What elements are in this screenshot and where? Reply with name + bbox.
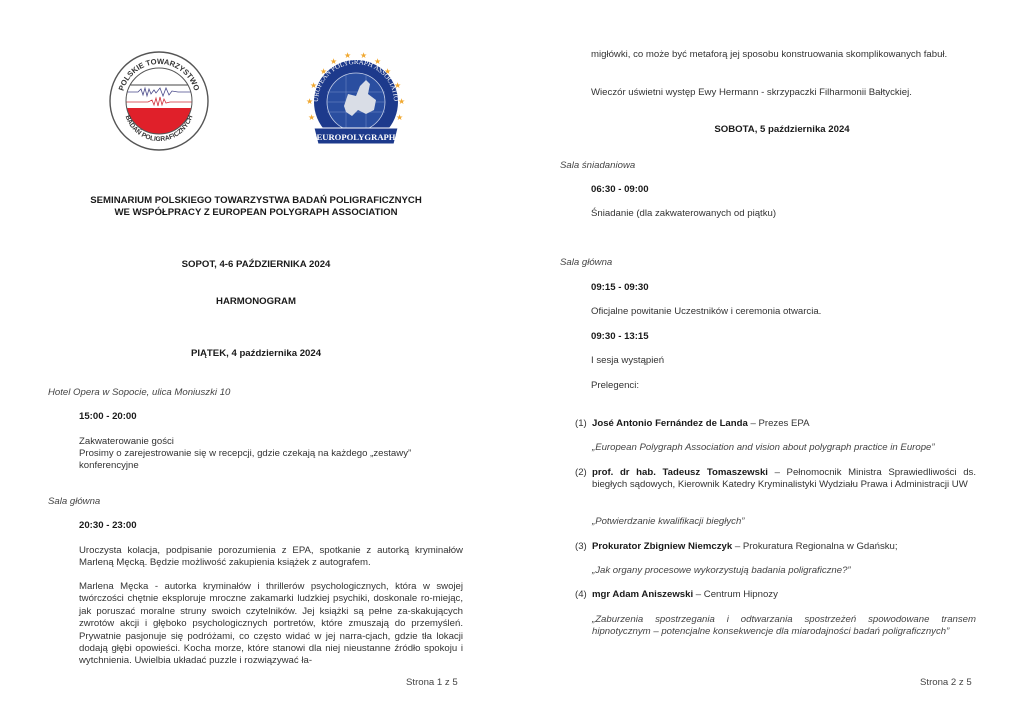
slot-desc-line: konferencyjne bbox=[79, 460, 139, 472]
page-number: Strona 2 z 5 bbox=[920, 677, 972, 688]
venue-breakfast-room: Sala śniadaniowa bbox=[560, 160, 635, 172]
slot-time: 09:30 - 13:15 bbox=[591, 331, 649, 343]
ptbp-logo-icon: POLSKIE TOWARZYSTWO BADAŃ POLIGRAFICZNYC… bbox=[108, 50, 210, 152]
speaker-number: (2) bbox=[575, 467, 587, 479]
venue-hotel: Hotel Opera w Sopocie, ulica Moniuszki 1… bbox=[48, 387, 230, 399]
speakers-label: Prelegenci: bbox=[591, 380, 639, 392]
place-date: SOPOT, 4-6 PAŹDZIERNIKA 2024 bbox=[0, 259, 512, 271]
speaker-role: – Prezes EPA bbox=[748, 418, 810, 429]
dinner-paragraph: Uroczysta kolacja, podpisanie porozumien… bbox=[79, 545, 463, 570]
talk-title: „Zaburzenia spostrzegania i odtwarzania … bbox=[592, 614, 976, 639]
speaker-item: (2) prof. dr hab. Tadeusz Tomaszewski – … bbox=[575, 467, 976, 492]
speaker-number: (3) bbox=[575, 541, 587, 553]
slot-time: 15:00 - 20:00 bbox=[79, 411, 137, 423]
svg-text:★: ★ bbox=[308, 113, 315, 122]
slot-desc-line: Prosimy o zarejestrowanie się w recepcji… bbox=[79, 448, 411, 460]
evening-note: Wieczór uświetni występ Ewy Hermann - sk… bbox=[591, 87, 912, 99]
ptbp-logo: POLSKIE TOWARZYSTWO BADAŃ POLIGRAFICZNYC… bbox=[108, 50, 210, 152]
talk-title: „Jak organy procesowe wykorzystują badan… bbox=[592, 565, 851, 577]
page-1: POLSKIE TOWARZYSTWO BADAŃ POLIGRAFICZNYC… bbox=[0, 0, 512, 724]
speaker-name: prof. dr hab. Tadeusz Tomaszewski bbox=[592, 467, 768, 478]
epa-logo: ★★ ★★ ★★ ★★ ★★ ★★ EUROPEAN POLYGRAPH ASS… bbox=[300, 50, 412, 150]
page-number: Strona 1 z 5 bbox=[406, 677, 458, 688]
speaker-name: José Antonio Fernández de Landa bbox=[592, 418, 748, 429]
slot-desc: Śniadanie (dla zakwaterowanych od piątku… bbox=[591, 208, 776, 220]
talk-title: „Potwierdzanie kwalifikacji biegłych” bbox=[592, 516, 745, 528]
author-bio-paragraph: Marlena Męcka - autorka kryminałów i thr… bbox=[79, 581, 463, 668]
speaker-item: (1) José Antonio Fernández de Landa – Pr… bbox=[575, 418, 975, 430]
speaker-number: (1) bbox=[575, 418, 587, 430]
slot-time: 20:30 - 23:00 bbox=[79, 520, 137, 532]
speaker-name: Prokurator Zbigniew Niemczyk bbox=[592, 541, 732, 552]
speaker-item: (3) Prokurator Zbigniew Niemczyk – Proku… bbox=[575, 541, 975, 553]
speaker-role: – Prokuratura Regionalna w Gdańsku; bbox=[732, 541, 897, 552]
speaker-name: mgr Adam Aniszewski bbox=[592, 589, 693, 600]
slot-desc: I sesja wystąpień bbox=[591, 355, 664, 367]
venue-main-hall: Sala główna bbox=[48, 496, 100, 508]
seminar-title-line1: SEMINARIUM POLSKIEGO TOWARZYSTWA BADAŃ P… bbox=[0, 195, 512, 207]
page-2: migłówki, co może być metaforą jej sposo… bbox=[512, 0, 1024, 724]
svg-text:★: ★ bbox=[396, 113, 403, 122]
bio-continued: migłówki, co może być metaforą jej sposo… bbox=[591, 49, 975, 61]
speaker-item: (4) mgr Adam Aniszewski – Centrum Hipnoz… bbox=[575, 589, 975, 601]
day-heading: PIĄTEK, 4 października 2024 bbox=[0, 348, 512, 360]
slot-time: 09:15 - 09:30 bbox=[591, 282, 649, 294]
document-type: HARMONOGRAM bbox=[0, 296, 512, 308]
talk-title: „European Polygraph Association and visi… bbox=[592, 442, 935, 454]
epa-logo-icon: ★★ ★★ ★★ ★★ ★★ ★★ EUROPEAN POLYGRAPH ASS… bbox=[300, 50, 412, 150]
slot-desc: Oficjalne powitanie Uczestników i ceremo… bbox=[591, 306, 821, 318]
speaker-number: (4) bbox=[575, 589, 587, 601]
slot-time: 06:30 - 09:00 bbox=[591, 184, 649, 196]
svg-text:EUROPOLYGRAPH: EUROPOLYGRAPH bbox=[317, 132, 396, 142]
speaker-role: – Centrum Hipnozy bbox=[693, 589, 778, 600]
venue-main-hall: Sala główna bbox=[560, 257, 612, 269]
slot-desc-line: Zakwaterowanie gości bbox=[79, 436, 174, 448]
day-heading: SOBOTA, 5 października 2024 bbox=[592, 124, 972, 136]
seminar-title-line2: WE WSPÓŁPRACY Z EUROPEAN POLYGRAPH ASSOC… bbox=[0, 207, 512, 219]
